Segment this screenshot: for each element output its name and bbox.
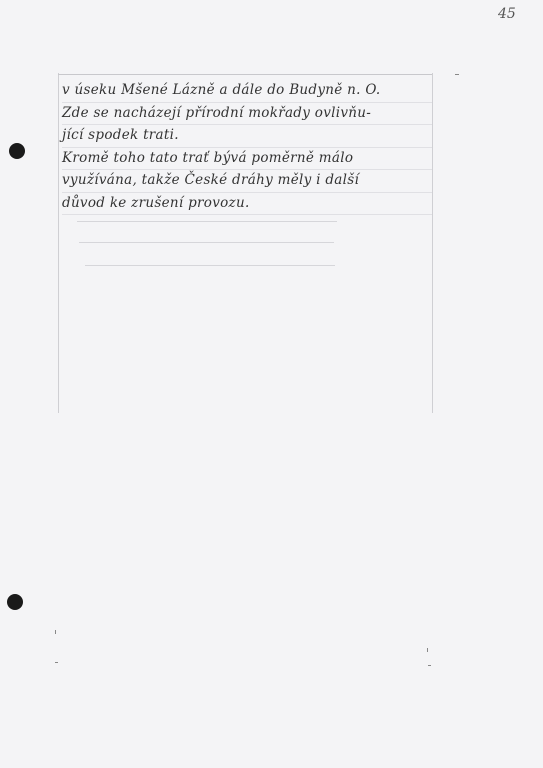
- scan-mark: [55, 630, 56, 634]
- handwritten-text: v úseku Mšené Lázně a dále do Budyně n. …: [62, 80, 432, 215]
- punch-hole: [7, 594, 23, 610]
- punch-hole: [9, 143, 25, 159]
- scan-mark: [427, 648, 428, 652]
- scan-mark: [55, 662, 58, 663]
- frame-top-rule: [58, 74, 432, 75]
- text-line: Zde se nacházejí přírodní mokřady ovlivň…: [62, 103, 432, 126]
- empty-rule: [79, 242, 334, 243]
- text-line: využívána, takže České dráhy měly i dalš…: [62, 170, 432, 193]
- scan-mark: [428, 665, 431, 666]
- page-number: 45: [498, 6, 516, 22]
- scan-mark: [455, 74, 459, 75]
- text-line: důvod ke zrušení provozu.: [62, 193, 432, 216]
- text-line: Kromě toho tato trať bývá poměrně málo: [62, 148, 432, 171]
- text-line: jící spodek trati.: [62, 125, 432, 148]
- text-line: v úseku Mšené Lázně a dále do Budyně n. …: [62, 80, 432, 103]
- empty-rule: [77, 221, 337, 222]
- empty-rule: [85, 265, 335, 266]
